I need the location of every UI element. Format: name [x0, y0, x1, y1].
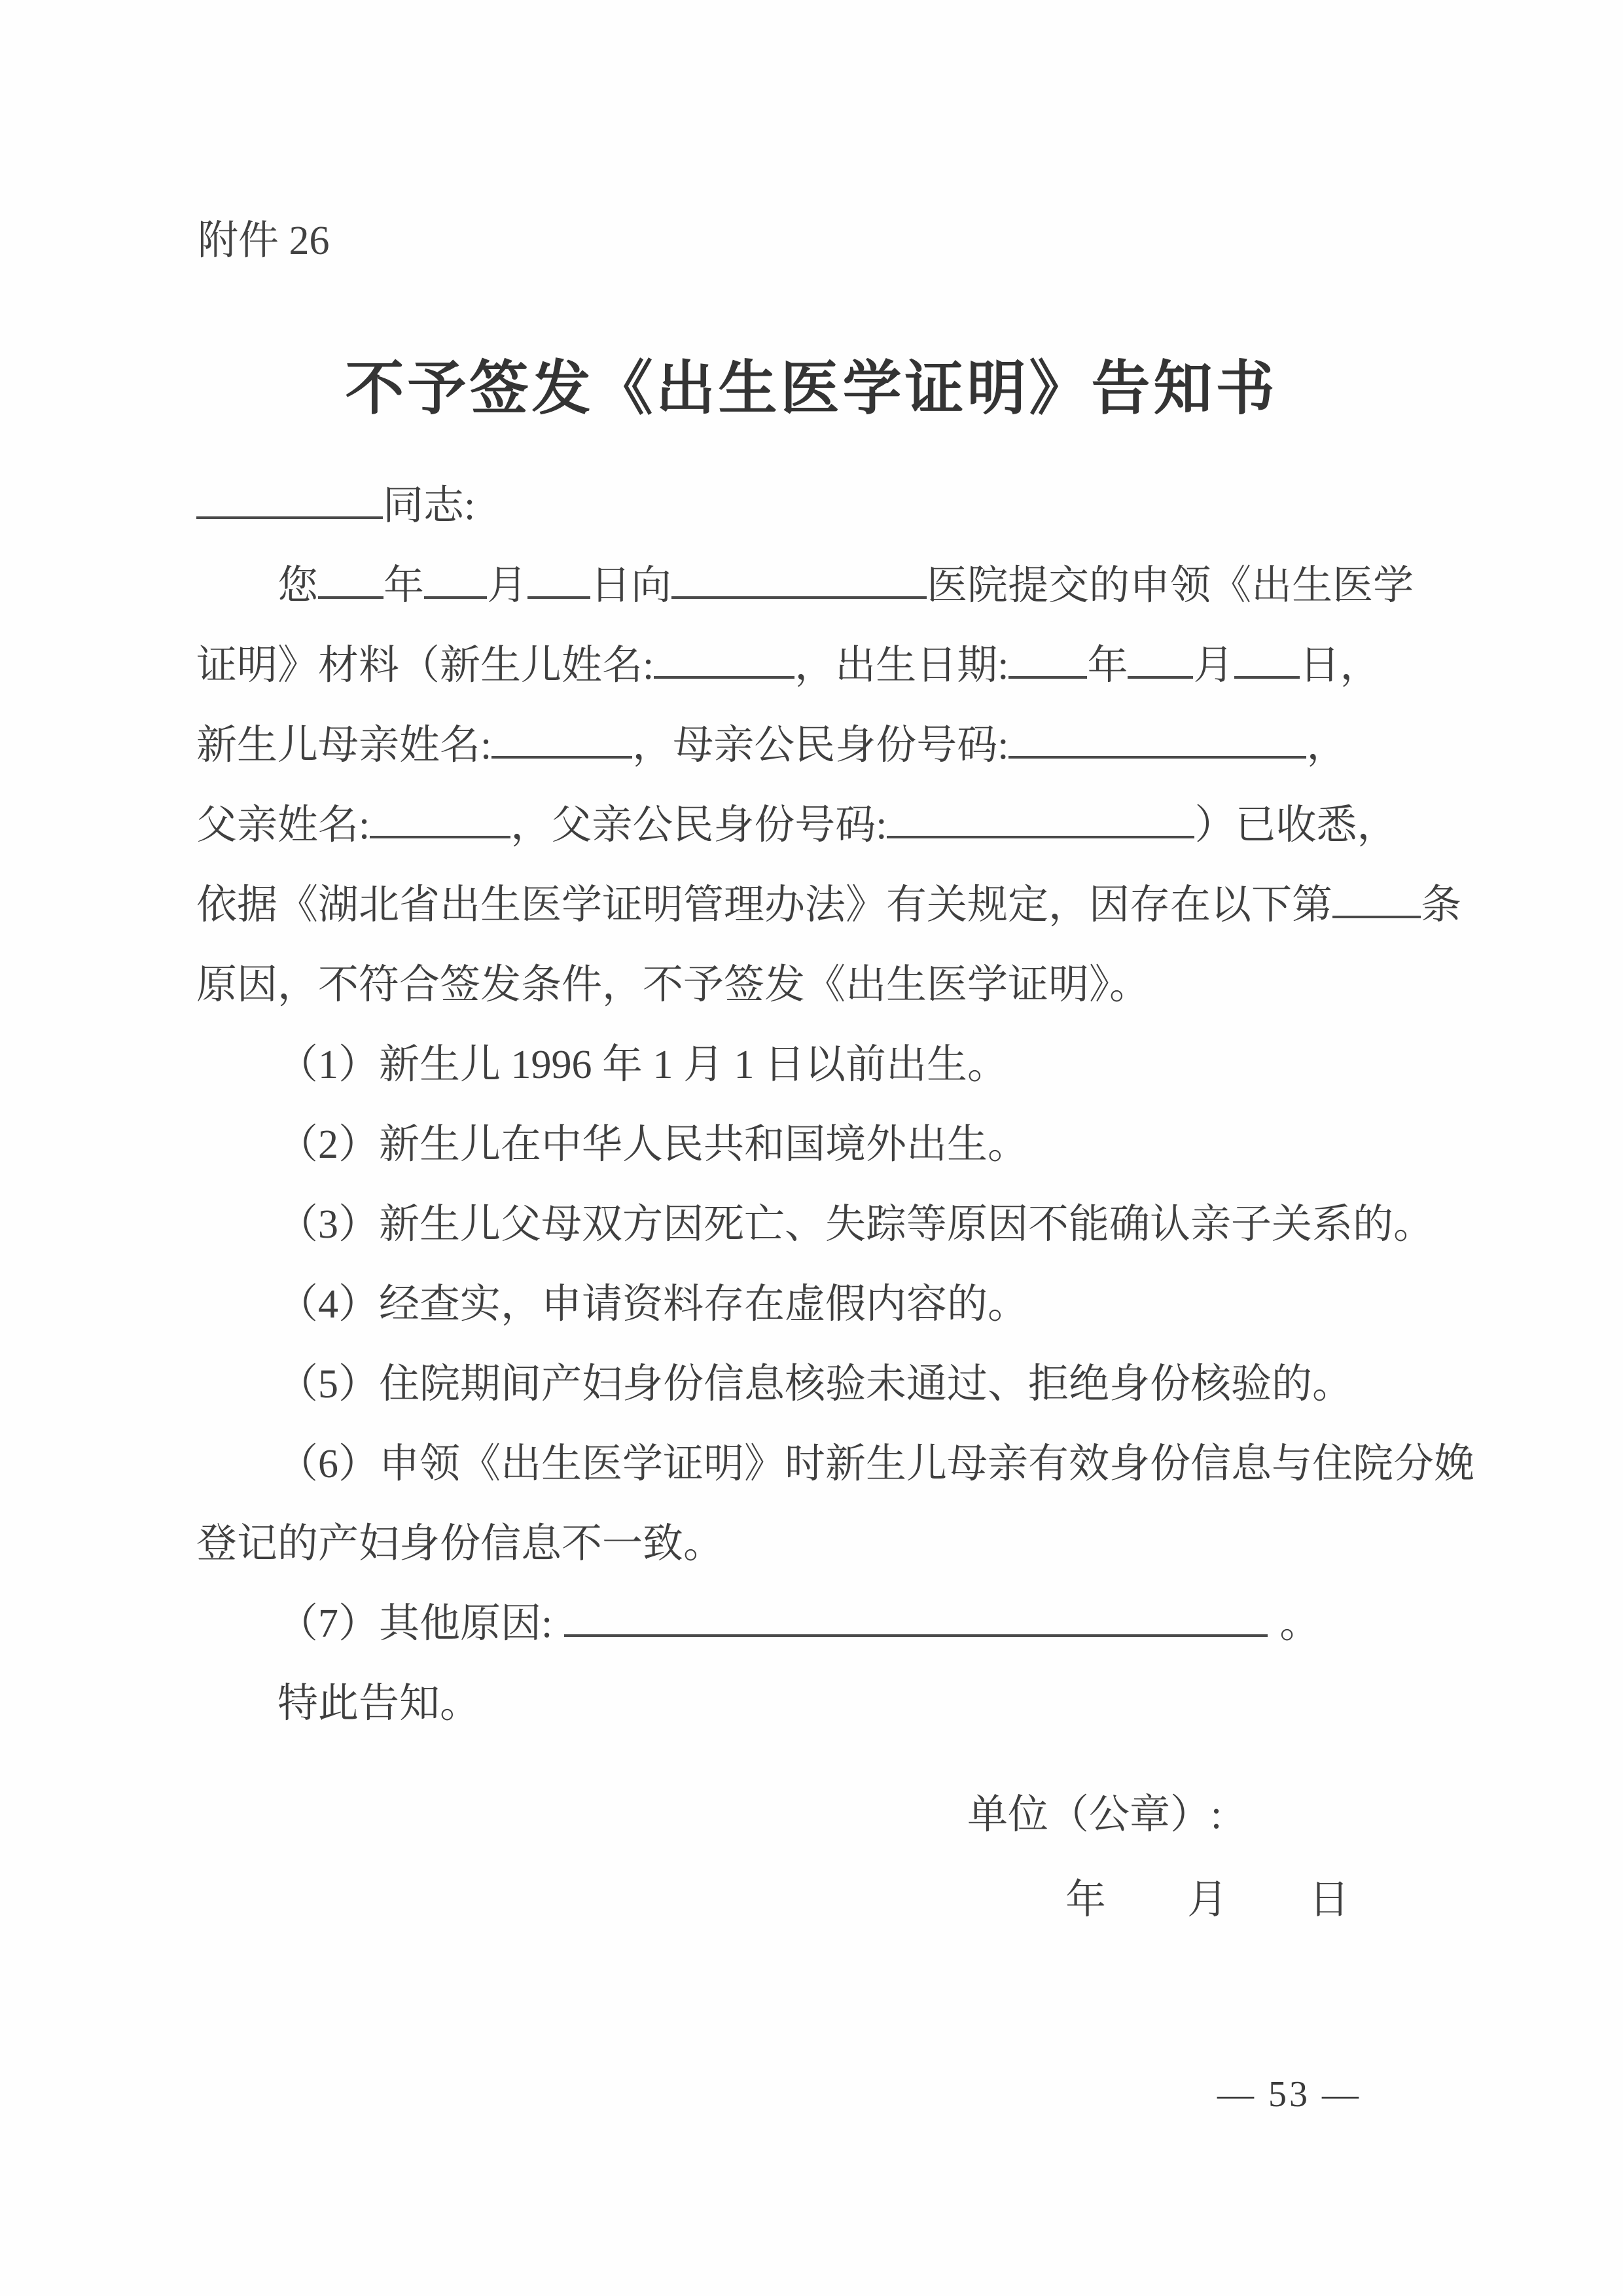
reason-item-6-line-1: （6）申领《出生医学证明》时新生儿母亲有效身份信息与住院分娩 — [196, 1424, 1414, 1504]
reason-7-label: （7）其他原因: — [277, 1602, 552, 1646]
reason-item-1: （1）新生儿 1996 年 1 月 1 日以前出生。 — [196, 1025, 1414, 1105]
reason-4-text: （4）经查实，申请资料存在虚假内容的。 — [277, 1282, 1028, 1327]
reason-item-3: （3）新生儿父母双方因死亡、失踪等原因不能确认亲子关系的。 — [196, 1185, 1414, 1265]
reason-5-text: （5）住院期间产妇身份信息核验未通过、拒绝身份核验的。 — [277, 1362, 1353, 1407]
attachment-label: 附件 26 — [198, 208, 330, 274]
opening-line-2: 证明》材料（新生儿姓名:，出生日期:年月日， — [196, 626, 1414, 706]
opening-line-1: 您年月日向医院提交的申领《出生医学 — [196, 546, 1414, 626]
salutation-suffix: 同志: — [383, 484, 475, 528]
reason-item-7: （7）其他原因:。 — [196, 1584, 1414, 1664]
reason-1-text: （1）新生儿 1996 年 1 月 1 日以前出生。 — [277, 1043, 1008, 1087]
page-number: — 53 — — [1217, 2065, 1361, 2124]
blank-clause-number[interactable] — [1332, 913, 1421, 918]
text-year: 年 — [383, 564, 424, 608]
blank-father-name[interactable] — [370, 833, 510, 838]
text-father-id-label: ，父亲公民身份号码: — [510, 803, 887, 848]
text-father-name-label: 父亲姓名: — [196, 803, 370, 848]
reason-item-5: （5）住院期间产妇身份信息核验未通过、拒绝身份核验的。 — [196, 1344, 1414, 1424]
opening-line-6: 原因，不符合签发条件，不予签发《出生医学证明》。 — [196, 945, 1414, 1025]
text-dob-month: 月 — [1193, 643, 1234, 688]
blank-dob-day[interactable] — [1234, 673, 1300, 679]
text-mother-name-label: 新生儿母亲姓名: — [196, 723, 491, 768]
text-received-ack: ）已收悉， — [1194, 803, 1397, 848]
signature-date-line: 年 月 日 — [1065, 1860, 1349, 1940]
document-page: 附件 26 不予签发《出生医学证明》告知书 同志: 您年月日向医院提交的申领《出… — [0, 0, 1623, 2296]
signature-unit-label: 单位（公章）: — [967, 1775, 1222, 1855]
text-cert-material: 证明》材料（新生儿姓名: — [196, 643, 654, 688]
opening-line-4: 父亲姓名:，父亲公民身份号码:）已收悉， — [196, 785, 1414, 865]
blank-submit-day[interactable] — [527, 594, 590, 599]
reason-2-text: （2）新生儿在中华人民共和国境外出生。 — [277, 1122, 1028, 1167]
blank-submit-year[interactable] — [318, 594, 383, 599]
text-day-to: 日向 — [590, 564, 671, 608]
reason-7-period: 。 — [1279, 1602, 1320, 1646]
text-trailing-comma: ， — [1306, 723, 1347, 768]
opening-line-5: 依据《湖北省出生医学证明管理办法》有关规定，因存在以下第条 — [196, 865, 1414, 945]
text-reason-line: 原因，不符合签发条件，不予签发《出生医学证明》。 — [196, 963, 1150, 1007]
text-hospital-rest: 医院提交的申领《出生医学 — [927, 564, 1414, 608]
blank-hospital-name[interactable] — [671, 594, 927, 599]
text-mother-id-label: ，母亲公民身份号码: — [632, 723, 1008, 768]
reason-item-2: （2）新生儿在中华人民共和国境外出生。 — [196, 1105, 1414, 1185]
text-dob-label: ，出生日期: — [794, 643, 1008, 688]
blank-submit-month[interactable] — [424, 594, 487, 599]
blank-addressee-name[interactable] — [196, 514, 383, 519]
reason-6-text-line-1: （6）申领《出生医学证明》时新生儿母亲有效身份信息与住院分娩 — [277, 1442, 1474, 1486]
blank-father-id-number[interactable] — [887, 833, 1194, 838]
text-clause-char: 条 — [1421, 883, 1461, 927]
opening-line-3: 新生儿母亲姓名:，母亲公民身份号码:， — [196, 706, 1414, 785]
blank-dob-year[interactable] — [1008, 673, 1087, 679]
reason-3-text: （3）新生儿父母双方因死亡、失踪等原因不能确认亲子关系的。 — [277, 1202, 1434, 1247]
blank-mother-id-number[interactable] — [1008, 753, 1306, 759]
salutation-line: 同志: — [196, 466, 1414, 546]
page-title: 不予签发《出生医学证明》告知书 — [0, 340, 1623, 425]
blank-dob-month[interactable] — [1128, 673, 1193, 679]
text-per-regulation: 依据《湖北省出生医学证明管理办法》有关规定，因存在以下第 — [196, 883, 1332, 927]
text-dob-year: 年 — [1087, 643, 1128, 688]
text-month: 月 — [487, 564, 527, 608]
text-dob-day: 日， — [1300, 643, 1381, 688]
blank-mother-name[interactable] — [491, 753, 632, 759]
reason-item-4: （4）经查实，申请资料存在虚假内容的。 — [196, 1265, 1414, 1344]
text-you: 您 — [277, 564, 318, 608]
reason-6-text-line-2: 登记的产妇身份信息不一致。 — [196, 1522, 724, 1566]
blank-other-reason[interactable] — [564, 1632, 1268, 1637]
closing-text: 特此告知。 — [277, 1681, 480, 1726]
reason-item-6-line-2: 登记的产妇身份信息不一致。 — [196, 1504, 1414, 1584]
blank-newborn-name[interactable] — [654, 673, 794, 679]
closing-line: 特此告知。 — [196, 1664, 1414, 1744]
